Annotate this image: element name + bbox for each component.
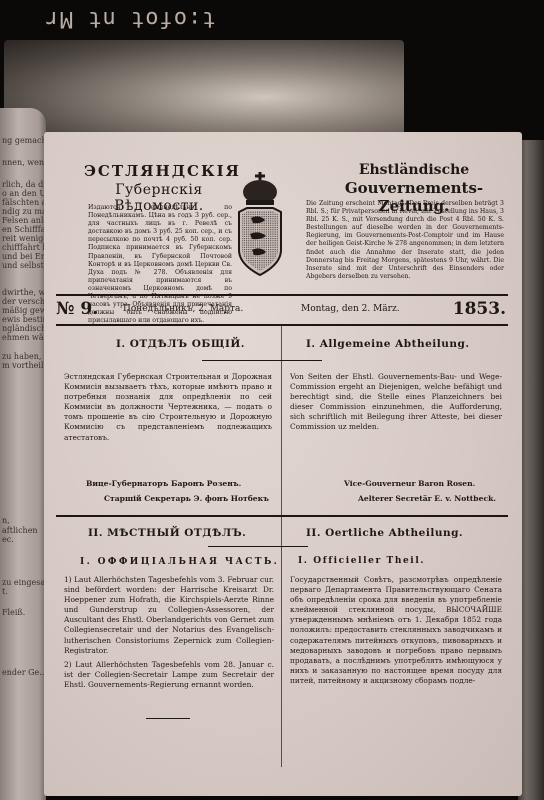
header-rule: [56, 294, 508, 296]
coat-of-arms-icon: [235, 172, 285, 277]
issue-date-russian: Понедѣльникъ, 2. Марта.: [123, 304, 243, 314]
signature-vice-governor-de: Vice-Gouverneur Baron Rosen.: [344, 479, 475, 488]
subscription-notice-german: Die Zeitung erscheint Montags. Der Preis…: [306, 200, 504, 281]
spine-text-fragment: ehmen wäre.: [2, 333, 46, 342]
local-item-2: 2) Laut Allerhöchsten Tagesbefehls vom 2…: [64, 660, 274, 690]
spine-text-fragment: zu eingesandt: [2, 578, 46, 587]
spine-text-fragment: chifffahrt be: [2, 243, 46, 252]
official-part-heading-russian: I. ОФФИЦІАЛЬНАЯ ЧАСТЬ.: [80, 557, 279, 567]
spine-text-fragment: ng gemacht, bi: [2, 136, 46, 145]
local-item-1: 1) Laut Allerhöchsten Tagesbefehls vom 3…: [64, 575, 274, 656]
spine-text-fragment: reit weniger Ge: [2, 234, 46, 243]
masthead-ru-line1: ЭСТЛЯНДСКІЯ: [84, 162, 234, 180]
spine-text-fragment: m vortheilh: [2, 361, 46, 370]
facing-page-spine: ng gemacht, binnen, wenn berlich, da die…: [0, 108, 46, 800]
spine-text-fragment: ndig zu machen: [2, 207, 46, 216]
spine-text-fragment: ngländische Ge: [2, 324, 46, 333]
spine-text-fragment: nnen, wenn be: [2, 158, 46, 167]
issue-number: № 9.: [56, 299, 98, 319]
film-edge-label: t:ofot nt Mr: [0, 0, 260, 36]
section1-heading-german: I. Allgemeine Abtheilung.: [306, 338, 470, 350]
issue-year: 1853.: [453, 299, 506, 319]
newspaper-page: ЭСТЛЯНДСКІЯ Губернскія Вѣдомости. Ehstlä…: [44, 132, 522, 796]
official-part-heading-german: I. Officieller Theil.: [298, 556, 425, 566]
scan-backdrop: [4, 40, 404, 135]
masthead-de-line1: Ehstländische: [319, 162, 509, 178]
spine-text-fragment: rlich, da die Re: [2, 180, 46, 189]
spine-text-fragment: ewis bestimmt: [2, 315, 46, 324]
spine-text-fragment: Felsen anlege: [2, 216, 46, 225]
section-rule: [56, 515, 508, 517]
spine-text-fragment: o an den Ufern: [2, 189, 46, 198]
section1-underline: [202, 360, 322, 361]
spine-text-fragment: n,: [2, 516, 10, 525]
signature-secretary-de: Aelterer Secretär E. v. Nottbeck.: [358, 494, 496, 503]
issue-rule: [56, 324, 508, 326]
section1-heading-russian: I. ОТДѢЛЪ ОБЩІЙ.: [116, 338, 245, 350]
end-rule: [146, 718, 190, 719]
spine-text-fragment: und bei Erwa: [2, 252, 46, 261]
spine-text-fragment: aftlichen: [2, 526, 38, 535]
signature-vice-governor-ru: Вице-Губернаторъ Баронъ Розенъ.: [86, 479, 241, 488]
section2-underline: [208, 546, 308, 547]
spine-text-fragment: mäßig gewisse: [2, 306, 46, 315]
spine-text-fragment: en Schifffahrt,: [2, 225, 46, 234]
signature-secretary-ru: Старшій Секретарь Э. фонъ Нотбекъ: [104, 494, 269, 503]
spine-text-fragment: dwirthe, wen: [2, 288, 46, 297]
spine-text-fragment: zu haben, z: [2, 352, 46, 361]
official-body-russian: Государственный Совѣтъ, разсмотрѣвъ опре…: [290, 575, 502, 686]
section1-body-german: Von Seiten der Ehstl. Gouvernements-Bau-…: [290, 372, 502, 433]
section2-heading-russian: II. МѢСТНЫЙ ОТДѢЛЪ.: [88, 527, 246, 539]
column-divider-2: [281, 517, 282, 767]
spine-text-fragment: fälschten auf be: [2, 198, 46, 207]
spine-text-fragment: und selbst zu ers: [2, 261, 46, 270]
column-divider: [281, 326, 282, 526]
spine-text-fragment: ender Ge...: [2, 668, 46, 677]
spine-text-fragment: t.: [2, 587, 8, 596]
spine-text-fragment: der verschiede: [2, 297, 46, 306]
section2-heading-german: II. Oertliche Abtheilung.: [306, 527, 463, 539]
spine-text-fragment: Fleiß.: [2, 608, 25, 617]
spine-text-fragment: ec.: [2, 535, 14, 544]
section1-body-russian: Эстляндская Губернская Строительная и До…: [64, 372, 272, 443]
issue-date-german: Montag, den 2. März.: [301, 304, 400, 314]
issue-line: № 9. Понедѣльникъ, 2. Марта. Montag, den…: [56, 299, 506, 319]
